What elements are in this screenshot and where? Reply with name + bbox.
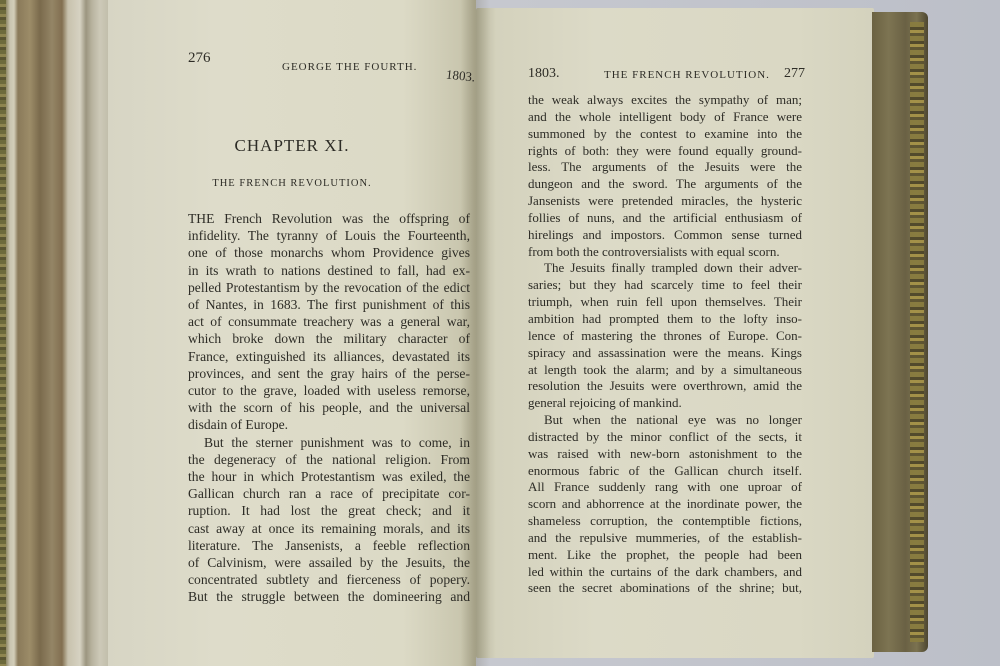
text-line: But the struggle between the domineering… <box>188 588 470 605</box>
text-line: rights of both: they were found equally … <box>528 143 802 160</box>
text-line: which broke down the military character … <box>188 330 470 347</box>
text-line: hirelings and impostors. Common sense tu… <box>528 227 802 244</box>
text-line: scorn and abhorrence at the inordinate p… <box>528 496 802 513</box>
left-running-title: GEORGE THE FOURTH. <box>282 61 417 73</box>
chapter-subtitle: THE FRENCH REVOLUTION. <box>108 178 476 189</box>
text-line: enormous fabric of the Gallican church i… <box>528 463 802 480</box>
right-book-cover-edge <box>872 12 928 652</box>
text-line: literature. The Jansenists, a feeble ref… <box>188 537 470 554</box>
gilt-tooling <box>910 22 924 642</box>
text-line: led within the curtains of the dark cham… <box>528 564 802 581</box>
right-page-body: the weak always excites the sympathy of … <box>528 92 802 597</box>
right-year: 1803. <box>528 66 560 82</box>
text-line: of Nantes, in 1683. The first punishment… <box>188 296 470 313</box>
chapter-title: CHAPTER XI. <box>108 136 476 156</box>
text-line: ment. Like the prophet, the people had b… <box>528 547 802 564</box>
text-line: at length took the alarm; and by a simul… <box>528 362 802 379</box>
text-line: pelled Protestantism by the revocation o… <box>188 279 470 296</box>
text-line: ruption. It had lost the great check; an… <box>188 502 470 519</box>
gilt-edge <box>0 0 6 666</box>
text-line: All France suddenly rang with one uproar… <box>528 479 802 496</box>
text-line: triumph, when ruin fell upon themselves.… <box>528 294 802 311</box>
text-line: ambition had prompted them to the lofty … <box>528 311 802 328</box>
right-running-title: THE FRENCH REVOLUTION. <box>604 69 770 81</box>
text-line: the weak always excites the sympathy of … <box>528 92 802 109</box>
text-line: concentrated subtlety and fierceness of … <box>188 571 470 588</box>
text-line: general rejoicing of mankind. <box>528 395 802 412</box>
text-line: of Calvinism, were assailed by the Jesui… <box>188 554 470 571</box>
text-line: from both the controversialists with equ… <box>528 244 802 261</box>
left-page-body: THE French Revolution was the offspring … <box>188 210 470 606</box>
text-line: seen the secret abominations of the shri… <box>528 580 802 597</box>
right-page-number: 277 <box>784 66 805 82</box>
text-line: provinces, and sent the gray hairs of th… <box>188 365 470 382</box>
text-line: was raised with new-born astonishment to… <box>528 446 802 463</box>
text-line: shameless corruption, the contemptible f… <box>528 513 802 530</box>
text-line: lence of mastering the thrones of Europe… <box>528 328 802 345</box>
left-page-block-edge <box>0 0 110 666</box>
text-line: Jansenists were pretended miracles, the … <box>528 193 802 210</box>
text-line: saries; but they had scarcely time to fe… <box>528 277 802 294</box>
text-line: But when the national eye was no longer <box>528 412 802 429</box>
text-line: less. The arguments of the Jesuits were … <box>528 159 802 176</box>
left-year: 1803. <box>445 67 476 86</box>
text-line: cutor to the grave, loaded with useless … <box>188 382 470 399</box>
text-line: But the sterner punishment was to come, … <box>188 434 470 451</box>
text-line: summoned by the contest to examine into … <box>528 126 802 143</box>
text-line: act of consummate treachery was a genera… <box>188 313 470 330</box>
text-line: the hour in which Protestantism was exil… <box>188 468 470 485</box>
text-line: the degeneracy of the national religion.… <box>188 451 470 468</box>
text-line: with the scorn of his people, and the un… <box>188 399 470 416</box>
text-line: dungeon and the sword. The arguments of … <box>528 176 802 193</box>
text-line: The Jesuits finally trampled down their … <box>528 260 802 277</box>
text-line: disdain of Europe. <box>188 416 470 433</box>
text-line: spiracy and assassination were the means… <box>528 345 802 362</box>
text-line: and the repulsive mummeries, of the esta… <box>528 530 802 547</box>
text-line: THE French Revolution was the offspring … <box>188 210 470 227</box>
text-line: France, extinguished its alliances, deva… <box>188 348 470 365</box>
left-page-number: 276 <box>188 50 211 67</box>
text-line: follies of nuns, and the artificial enth… <box>528 210 802 227</box>
text-line: cast away at once its remaining morals, … <box>188 520 470 537</box>
text-line: one of those monarchs whom Providence gi… <box>188 244 470 261</box>
text-line: in its wrath to nations destined to fall… <box>188 262 470 279</box>
text-line: distracted by the minor conflict of the … <box>528 429 802 446</box>
text-line: infidelity. The tyranny of Louis the Fou… <box>188 227 470 244</box>
open-book-photo: 276 GEORGE THE FOURTH. 1803. CHAPTER XI.… <box>0 0 1000 666</box>
text-line: resolution the Jesuits were overthrown, … <box>528 378 802 395</box>
text-line: and the whole intelligent body of France… <box>528 109 802 126</box>
text-line: Gallican church ran a race of precipitat… <box>188 485 470 502</box>
